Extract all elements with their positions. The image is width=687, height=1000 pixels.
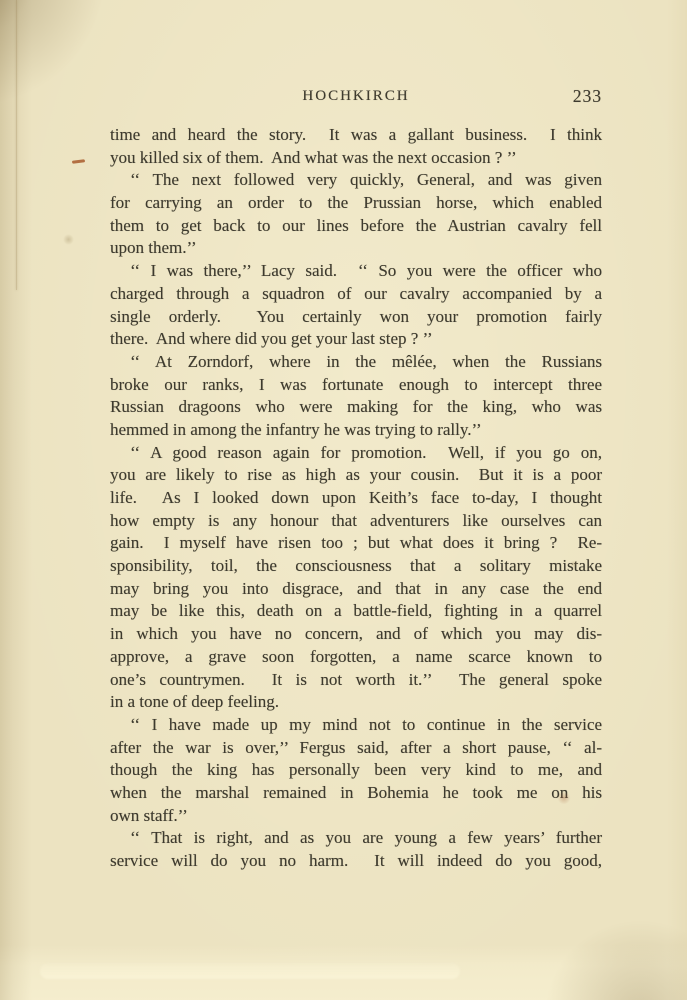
chapter-running-title: HOCHKIRCH <box>110 88 602 105</box>
text-line: for carrying an order to the Prussian ho… <box>110 192 602 215</box>
text-line: hemmed in among the infantry he was tryi… <box>110 419 602 442</box>
text-line: there. And where did you get your last s… <box>110 328 602 351</box>
text-line: Russian dragoons who were making for the… <box>110 396 602 419</box>
text-line: ‘‘ I was there,’’ Lacy said. ‘‘ So you w… <box>110 260 602 283</box>
text-line: own staff.’’ <box>110 805 602 828</box>
text-line: in which you have no concern, and of whi… <box>110 623 602 646</box>
text-line: ‘‘ That is right, and as you are young a… <box>110 827 602 850</box>
text-line: them to get back to our lines before the… <box>110 215 602 238</box>
text-line: ‘‘ A good reason again for promotion. We… <box>110 442 602 465</box>
text-line: how empty is any honour that adventurers… <box>110 510 602 533</box>
page-crease-line <box>16 0 17 290</box>
text-line: though the king has personally been very… <box>110 759 602 782</box>
text-line: one’s countrymen. It is not worth it.’’ … <box>110 669 602 692</box>
paper-stain <box>570 560 578 568</box>
text-line: after the war is over,’’ Fergus said, af… <box>110 737 602 760</box>
text-line: may bring you into disgrace, and that in… <box>110 578 602 601</box>
body-text-block: time and heard the story. It was a galla… <box>110 124 602 873</box>
text-line: charged through a squadron of our cavalr… <box>110 283 602 306</box>
page-number: 233 <box>573 86 602 107</box>
text-line: ‘‘ The next followed very quickly, Gener… <box>110 169 602 192</box>
text-line: upon them.’’ <box>110 237 602 260</box>
text-line: life. As I looked down upon Keith’s face… <box>110 487 602 510</box>
scan-light-band <box>40 963 460 979</box>
text-line: you are likely to rise as high as your c… <box>110 464 602 487</box>
running-header: HOCHKIRCH 233 <box>110 88 602 108</box>
text-line: approve, a grave soon forgotten, a name … <box>110 646 602 669</box>
text-line: service will do you no harm. It will ind… <box>110 850 602 873</box>
margin-pen-mark <box>72 159 85 164</box>
text-line: when the marshal remained in Bohemia he … <box>110 782 602 805</box>
text-line: you killed six of them. And what was the… <box>110 147 602 170</box>
text-line: broke our ranks, I was fortunate enough … <box>110 374 602 397</box>
book-page-scan: HOCHKIRCH 233 time and heard the story. … <box>0 0 687 1000</box>
text-line: single orderly. You certainly won your p… <box>110 306 602 329</box>
text-line: in a tone of deep feeling. <box>110 691 602 714</box>
text-line: ‘‘ I have made up my mind not to continu… <box>110 714 602 737</box>
text-line: time and heard the story. It was a galla… <box>110 124 602 147</box>
text-line: ‘‘ At Zorndorf, where in the mêlée, when… <box>110 351 602 374</box>
paper-stain <box>63 234 74 245</box>
text-line: sponsibility, toil, the consciousness th… <box>110 555 602 578</box>
paper-stain <box>557 792 571 804</box>
text-line: may be like this, death on a battle-fiel… <box>110 600 602 623</box>
text-line: gain. I myself have risen too ; but what… <box>110 532 602 555</box>
